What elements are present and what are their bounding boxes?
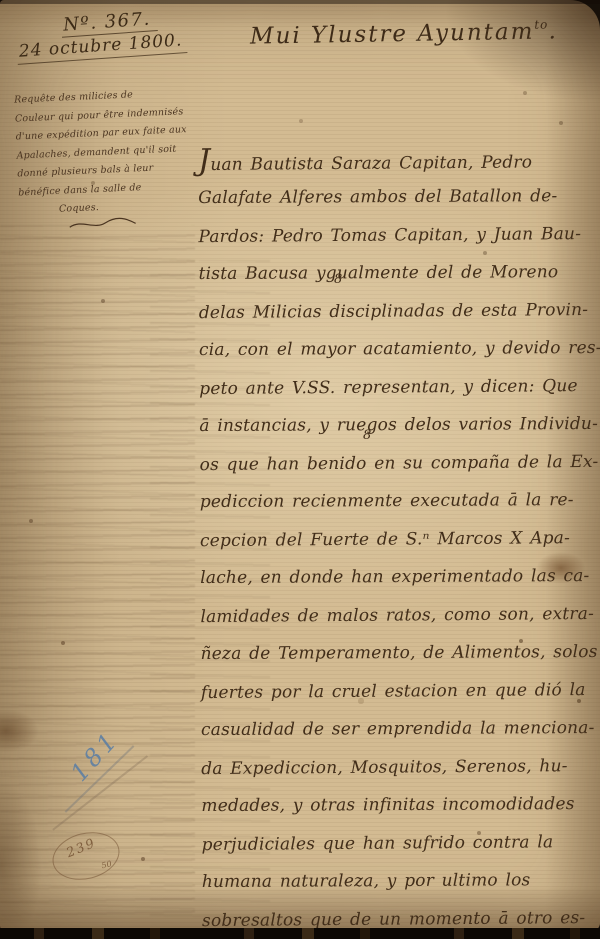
- title-text: Mui Ylustre Ayuntam: [250, 19, 535, 50]
- body-line: cepcion del Fuerte de S.ⁿ Marcos X Apa-: [200, 519, 600, 560]
- document-title: Mui Ylustre Ayuntamto.: [250, 17, 558, 49]
- body-line: Pardos: Pedro Tomas Capitan, y Juan Bau-: [198, 215, 598, 256]
- flourish-mark: [67, 214, 138, 233]
- photo-edge-bottom: [0, 928, 600, 939]
- photo-edge-top: [0, 0, 600, 4]
- insertion-mark: 8: [334, 272, 342, 287]
- body-line: lamidades de malos ratos, como son, extr…: [200, 595, 600, 636]
- manuscript-photo: Nº. 367. 24 octubre 1800. Requête des mi…: [0, 0, 600, 939]
- body-line: delas Milicias disciplinadas de esta Pro…: [199, 291, 599, 332]
- body-line: ā instancias, y ruegos delos varios Indi…: [199, 405, 599, 445]
- body-line: perjudiciales que han sufrido contra la: [201, 823, 600, 864]
- body-line: da Expediccion, Mosquitos, Serenos, hu-: [201, 747, 600, 788]
- body-line: ñeza de Temperamento, de Alimentos, solo…: [201, 633, 600, 673]
- body-line: peto ante V.SS. representan, y dicen: Qu…: [199, 367, 599, 408]
- body-line: tista Bacusa ygualmente del de Moreno: [199, 253, 599, 293]
- body-line: pediccion recienmente executada ā la re-: [200, 481, 600, 521]
- body-line: cia, con el mayor acatamiento, y devido …: [199, 329, 599, 369]
- body-line: Galafate Alferes ambos del Batallon de-: [198, 177, 598, 217]
- body-line: os que han benido en su compaña de la Ex…: [199, 443, 599, 484]
- letter-body: Juan Bautista Saraza Capitan, Pedro Gala…: [198, 139, 600, 939]
- body-line: casualidad de ser emprendida la menciona…: [201, 709, 600, 749]
- body-line: fuertes por la cruel estacion en que dió…: [201, 671, 600, 712]
- margin-note-french: Requête des milicies de Couleur qui pour…: [14, 85, 182, 243]
- title-superscript: to: [534, 17, 548, 31]
- oval-stamp-number: 239: [64, 836, 98, 861]
- body-line: lache, en donde han experimentado las ca…: [200, 557, 600, 597]
- body-line: Juan Bautista Saraza Capitan, Pedro: [198, 139, 598, 180]
- body-line: humana naturaleza, y por ultimo los: [202, 861, 600, 901]
- archival-annotations: Nº. 367. 24 octubre 1800.: [15, 6, 188, 65]
- insertion-mark: 8: [363, 428, 371, 443]
- title-period: .: [548, 18, 558, 44]
- paper-sheet: Nº. 367. 24 octubre 1800. Requête des mi…: [0, 0, 600, 931]
- body-line: medades, y otras infinitas incomodidades: [201, 785, 600, 825]
